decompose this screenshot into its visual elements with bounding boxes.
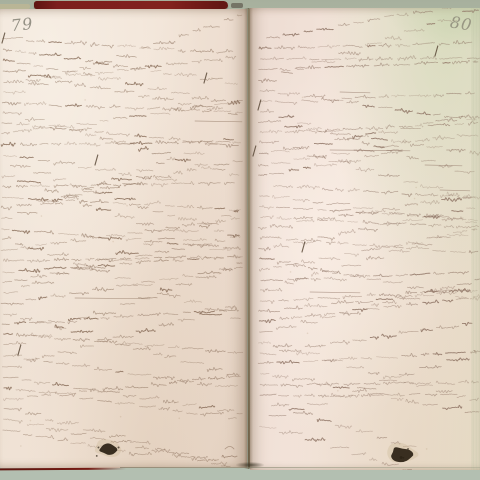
- handwriting-right: [250, 8, 480, 470]
- fore-edge-stripes: [471, 8, 480, 470]
- cover-edge-line: [0, 468, 126, 471]
- spine-notch: [231, 3, 243, 8]
- page-left: 79: [0, 9, 247, 468]
- book-spine-edge: [34, 1, 228, 9]
- page-stack-edge-line: [120, 467, 480, 468]
- manuscript-scan: 79 80: [0, 0, 480, 480]
- page-right: 80: [250, 8, 480, 470]
- gutter-line: [248, 9, 250, 468]
- handwriting-left: [0, 9, 247, 468]
- page-number-left: 79: [10, 16, 34, 34]
- page-number-right: 80: [449, 14, 474, 33]
- gutter-foot-smudge: [236, 462, 264, 468]
